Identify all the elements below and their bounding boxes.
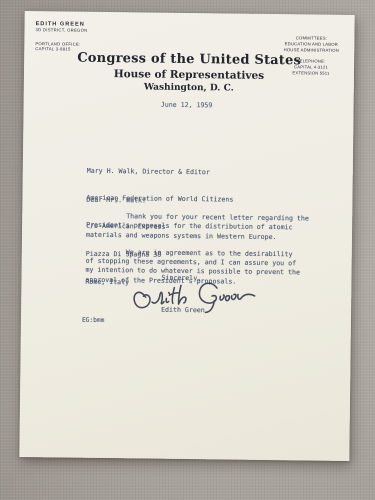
letter-date: June 12, 1959 — [24, 99, 350, 112]
reference-initials: EG:bmm — [82, 316, 104, 326]
letterhead-committees-block: COMMITTEES: EDUCATION AND LABOR HOUSE AD… — [275, 35, 347, 77]
handwritten-signature — [130, 274, 267, 325]
committee-2: HOUSE ADMINISTRATION — [275, 47, 347, 54]
member-district: 3D DISTRICT, OREGON — [35, 28, 87, 34]
letterhead-city-line: Washington, D. C. — [24, 80, 354, 97]
typed-signature-name: Edith Green — [161, 306, 205, 316]
letter-paper: EDITH GREEN 3D DISTRICT, OREGON PORTLAND… — [19, 11, 354, 461]
recipient-line: Mary H. Walk, Director & Editor — [87, 166, 234, 177]
photo-of-letter: { "letterhead": { "left": { "name": "EDI… — [0, 0, 375, 500]
telephone-extension: EXTENSION 5511 — [275, 70, 347, 77]
salutation: Dear Mrs. Walk: — [86, 196, 146, 206]
paragraph: Thank you for your recent letter regardi… — [86, 212, 312, 243]
letterhead-member-block: EDITH GREEN 3D DISTRICT, OREGON PORTLAND… — [35, 22, 87, 52]
